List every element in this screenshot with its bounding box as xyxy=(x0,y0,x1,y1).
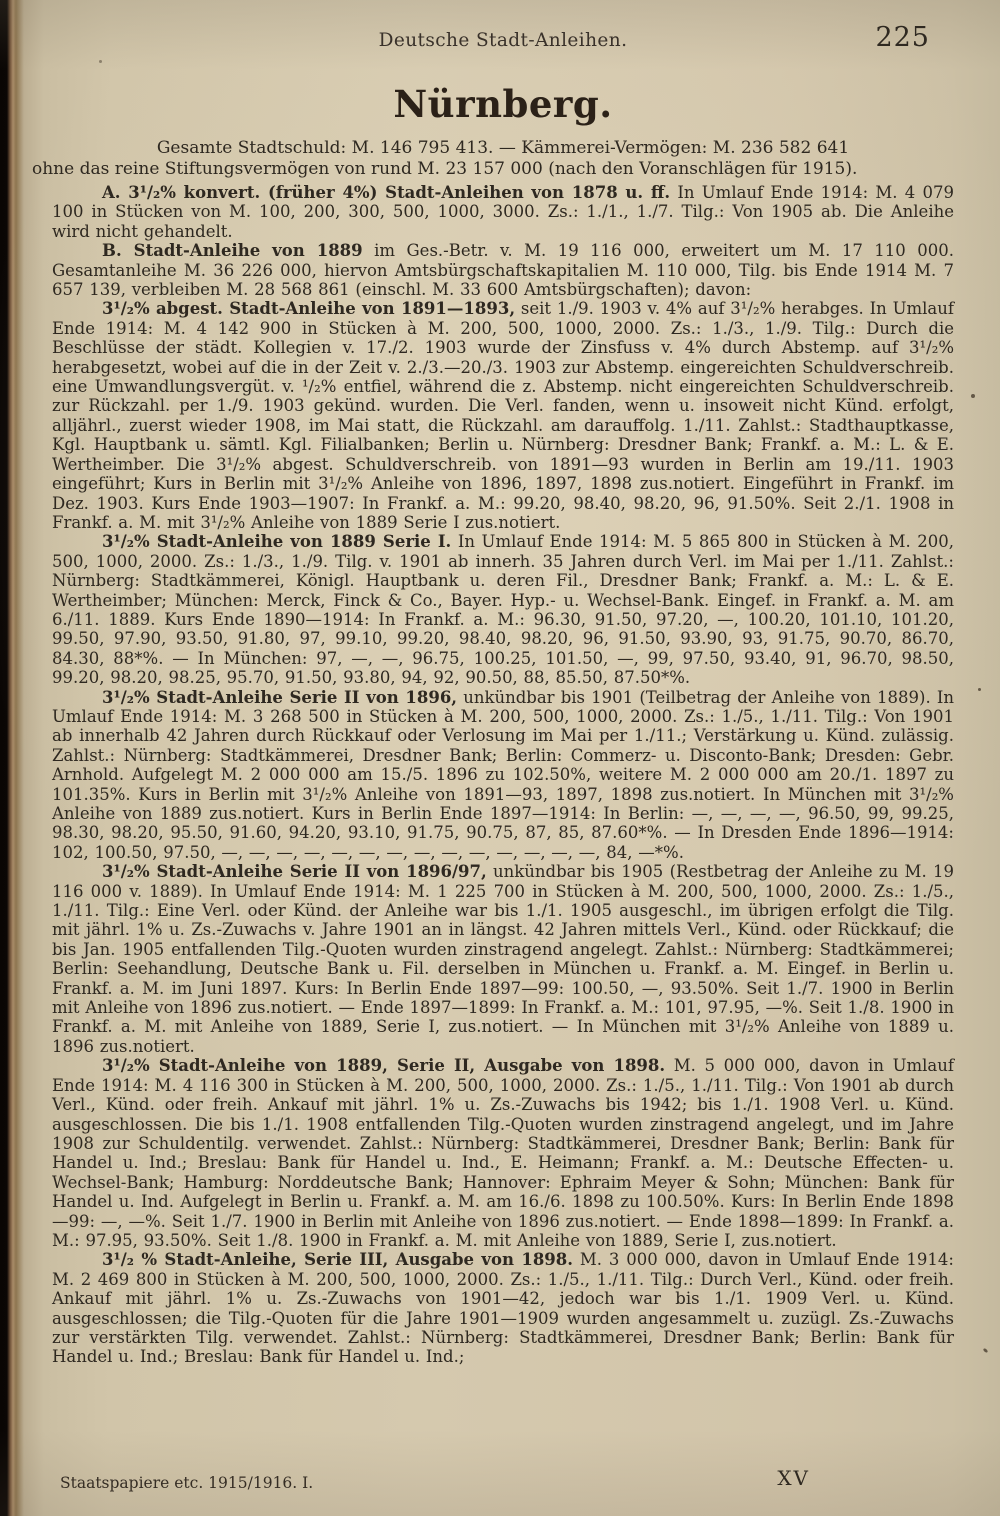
signature-mark: XV xyxy=(777,1466,810,1490)
paragraph-serie-2-1896: 3¹/₂% Stadt-Anleihe Serie II von 1896, u… xyxy=(52,688,954,863)
paragraph-lead: 3¹/₂% Stadt-Anleihe von 1889 Serie I. xyxy=(102,532,451,551)
page: Deutsche Stadt-Anleihen. 225 Nürnberg. G… xyxy=(0,0,1000,1516)
paragraph-body: seit 1./9. 1903 v. 4% auf 3¹/₂% herabges… xyxy=(52,299,954,531)
paragraph-1889-serie-2-ausgabe-1898: 3¹/₂% Stadt-Anleihe von 1889, Serie II, … xyxy=(52,1056,954,1250)
ink-speck xyxy=(978,688,981,691)
bond-paragraphs: A. 3¹/₂% konvert. (früher 4%) Stadt-Anle… xyxy=(52,183,954,1367)
paragraph-lead: 3¹/₂% Stadt-Anleihe Serie II von 1896, xyxy=(102,688,457,707)
paragraph-1889-serie-1: 3¹/₂% Stadt-Anleihe von 1889 Serie I. In… xyxy=(52,532,954,687)
running-title: Deutsche Stadt-Anleihen. xyxy=(52,30,954,51)
page-footer: Staatspapiere etc. 1915/1916. I. XV xyxy=(0,1468,1000,1492)
paragraph-body: unkündbar bis 1901 (Teilbetrag der Anlei… xyxy=(52,688,954,862)
paragraph-lead: 3¹/₂ % Stadt-Anleihe, Serie III, Ausgabe… xyxy=(102,1250,573,1269)
paragraph-abgest-1891-1893: 3¹/₂% abgest. Stadt-Anleihe von 1891—189… xyxy=(52,299,954,532)
paragraph-body: unkündbar bis 1905 (Restbetrag der Anlei… xyxy=(52,862,954,1056)
ink-speck xyxy=(99,60,102,63)
paragraph-serie-3-ausgabe-1898: 3¹/₂ % Stadt-Anleihe, Serie III, Ausgabe… xyxy=(52,1250,954,1366)
page-header: Deutsche Stadt-Anleihen. 225 xyxy=(52,30,954,66)
paragraph-lead: 3¹/₂% Stadt-Anleihe Serie II von 1896/97… xyxy=(102,862,487,881)
paragraph-body: M. 5 000 000, davon in Umlauf Ende 1914:… xyxy=(52,1056,954,1250)
debt-summary-line2: ohne das reine Stiftungsvermögen von run… xyxy=(32,159,954,180)
ink-speck xyxy=(971,394,975,398)
series-imprint: Staatspapiere etc. 1915/1916. I. xyxy=(60,1474,313,1492)
paragraph-lead: 3¹/₂% abgest. Stadt-Anleihe von 1891—189… xyxy=(102,299,515,318)
paragraph-lead: 3¹/₂% Stadt-Anleihe von 1889, Serie II, … xyxy=(102,1056,665,1075)
paragraph-serie-2-1896-97: 3¹/₂% Stadt-Anleihe Serie II von 1896/97… xyxy=(52,862,954,1056)
city-heading: Nürnberg. xyxy=(52,82,954,126)
paragraph-a-konvert-1878: A. 3¹/₂% konvert. (früher 4%) Stadt-Anle… xyxy=(52,183,954,241)
paragraph-lead: B. Stadt-Anleihe von 1889 xyxy=(102,241,363,260)
paragraph-body: In Umlauf Ende 1914: M. 5 865 800 in Stü… xyxy=(52,532,954,687)
debt-summary: Gesamte Stadtschuld: M. 146 795 413. — K… xyxy=(52,138,954,180)
paragraph-lead: A. 3¹/₂% konvert. (früher 4%) Stadt-Anle… xyxy=(102,183,670,202)
book-page-scan: Deutsche Stadt-Anleihen. 225 Nürnberg. G… xyxy=(0,0,1000,1516)
page-number: 225 xyxy=(875,22,930,53)
debt-summary-line1: Gesamte Stadtschuld: M. 146 795 413. — K… xyxy=(52,138,954,159)
paragraph-b-anleihe-1889: B. Stadt-Anleihe von 1889 im Ges.-Betr. … xyxy=(52,241,954,299)
